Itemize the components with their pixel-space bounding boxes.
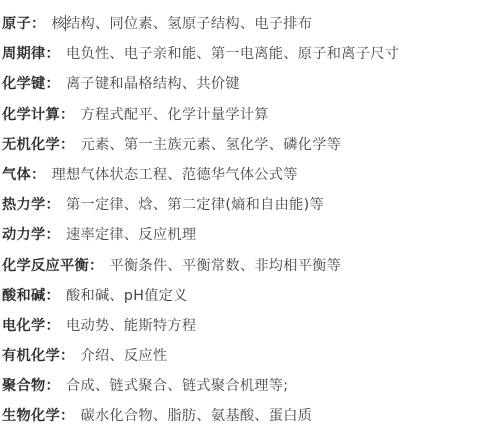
colon: ：: [45, 288, 60, 304]
list-item-equilibrium: 化学反应平衡：平衡条件、平衡常数、非均相平衡等: [2, 251, 399, 281]
topic-desc: 电动势、能斯特方程: [66, 318, 196, 334]
topic-desc: 合成、链式聚合、链式聚合机理等;: [66, 378, 288, 394]
topic-term: 周期律: [2, 46, 45, 62]
topic-desc: 方程式配平、化学计量学计算: [80, 107, 268, 123]
topic-term: 酸和碱: [2, 288, 45, 304]
list-item-gases: 气体：理想气体状态工程、范德华气体公式等: [2, 160, 399, 190]
topic-desc: 元素、第一主族元素、氢化学、磷化学等: [80, 137, 341, 153]
list-item-polymers: 聚合物：合成、链式聚合、链式聚合机理等;: [2, 371, 399, 401]
colon: ：: [45, 378, 60, 394]
list-item-atom: 原子：核结构、同位素、氢原子结构、电子排布: [2, 9, 399, 39]
list-item-periodicity: 周期律：电负性、电子亲和能、第一电离能、原子和离子尺寸: [2, 39, 399, 69]
list-item-chemical-bond: 化学键：离子键和晶格结构、共价键: [2, 69, 399, 99]
list-item-biochemistry: 生物化学：碳水化合物、脂肪、氨基酸、蛋白质: [2, 401, 399, 431]
chemistry-topics-list: 原子：核结构、同位素、氢原子结构、电子排布 周期律：电负性、电子亲和能、第一电离…: [2, 9, 399, 432]
list-item-electrochemistry: 电化学：电动势、能斯特方程: [2, 311, 399, 341]
list-item-acids-bases: 酸和碱：酸和碱、pH值定义: [2, 281, 399, 311]
colon: ：: [45, 76, 60, 92]
topic-term: 化学反应平衡: [2, 258, 89, 274]
topic-term: 电化学: [2, 318, 45, 334]
topic-desc: 理想气体状态工程、范德华气体公式等: [51, 167, 297, 183]
colon: ：: [60, 107, 75, 123]
topic-term: 聚合物: [2, 378, 45, 394]
colon: ：: [45, 197, 60, 213]
topic-desc: 离子键和晶格结构、共价键: [66, 76, 240, 92]
list-item-kinetics: 动力学：速率定律、反应机理: [2, 220, 399, 250]
topic-term: 无机化学: [2, 137, 60, 153]
topic-desc: 平衡条件、平衡常数、非均相平衡等: [109, 258, 341, 274]
list-item-organic: 有机化学：介绍、反应性: [2, 341, 399, 371]
topic-term: 生物化学: [2, 408, 60, 424]
topic-desc-rest: 结构、同位素、氢原子结构、电子排布: [66, 16, 312, 32]
topic-term: 有机化学: [2, 348, 60, 364]
colon: ：: [45, 46, 60, 62]
topic-desc: 速率定律、反应机理: [66, 227, 196, 243]
topic-desc-start: 核: [51, 16, 66, 32]
colon: ：: [31, 16, 46, 32]
colon: ：: [60, 137, 75, 153]
topic-term: 原子: [2, 16, 31, 32]
colon: ：: [89, 258, 104, 274]
topic-desc: 酸和碱、pH值定义: [66, 288, 188, 304]
colon: ：: [45, 318, 60, 334]
colon: ：: [60, 348, 75, 364]
colon: ：: [60, 408, 75, 424]
list-item-inorganic: 无机化学：元素、第一主族元素、氢化学、磷化学等: [2, 130, 399, 160]
topic-term: 热力学: [2, 197, 45, 213]
topic-desc: 第一定律、焓、第二定律(熵和自由能)等: [66, 197, 324, 213]
topic-term: 动力学: [2, 227, 45, 243]
topic-term: 气体: [2, 167, 31, 183]
topic-desc: 电负性、电子亲和能、第一电离能、原子和离子尺寸: [66, 46, 399, 62]
topic-term: 化学键: [2, 76, 45, 92]
colon: ：: [31, 167, 46, 183]
topic-desc: 介绍、反应性: [80, 348, 167, 364]
topic-term: 化学计算: [2, 107, 60, 123]
topic-desc: 碳水化合物、脂肪、氨基酸、蛋白质: [80, 408, 312, 424]
colon: ：: [45, 227, 60, 243]
list-item-thermodynamics: 热力学：第一定律、焓、第二定律(熵和自由能)等: [2, 190, 399, 220]
list-item-stoichiometry: 化学计算：方程式配平、化学计量学计算: [2, 100, 399, 130]
